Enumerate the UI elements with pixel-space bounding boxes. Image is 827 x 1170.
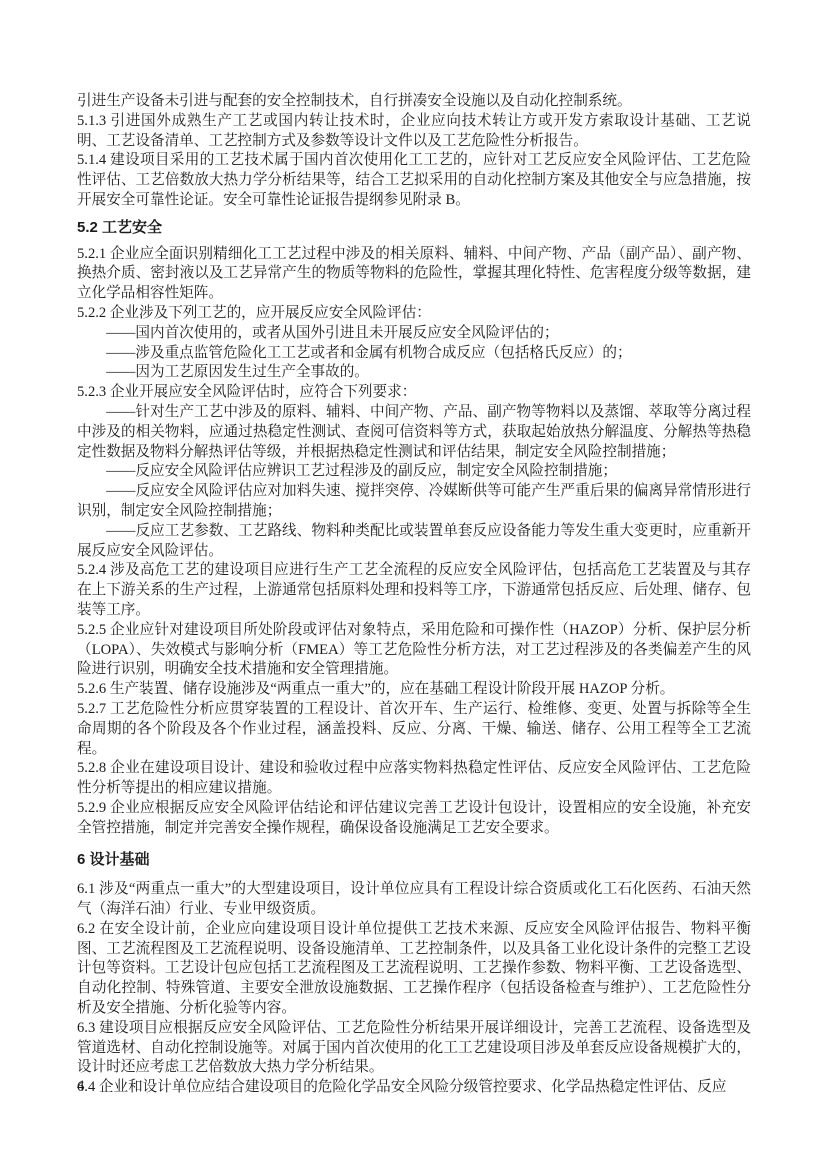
dash-list-item: ——涉及重点监管危险化工工艺或者和金属有机物合成反应（包括格氏反应）的； (77, 344, 751, 364)
clause-paragraph: 5.1.3 引进国外成熟生产工艺或国内转让技术时，企业应向技术转让方或开发方索取… (77, 112, 751, 152)
clause-paragraph: 6.2 在安全设计前，企业应向建设项目设计单位提供工艺技术来源、反应安全风险评估… (77, 920, 751, 1019)
clause-paragraph: 5.2.5 企业应针对建设项目所处阶段或评估对象特点，采用危险和可操作性（HAZ… (77, 621, 751, 680)
clause-paragraph: 5.2.7 工艺危险性分析应贯穿装置的工程设计、首次开车、生产运行、检维修、变更… (77, 700, 751, 759)
dash-list-item: ——因为工艺原因发生过生产全事故的。 (77, 363, 751, 383)
dash-list-item: ——针对生产工艺中涉及的原料、辅料、中间产物、产品、副产物等物料以及蒸馏、萃取等… (77, 403, 751, 462)
section-heading: 6 设计基础 (77, 850, 751, 870)
dash-list-item: ——国内首次使用的，或者从国外引进且未开展反应安全风险评估的； (77, 324, 751, 344)
document-page: 引进生产设备未引进与配套的安全控制技术，自行拼凑安全设施以及自动化控制系统。5.… (0, 0, 827, 1170)
clause-paragraph: 5.2.2 企业涉及下列工艺的，应开展反应安全风险评估： (77, 304, 751, 324)
clause-paragraph: 5.2.9 企业应根据反应安全风险评估结论和评估建议完善工艺设计包设计，设置相应… (77, 799, 751, 839)
dash-list-item: ——反应安全风险评估应对加料失速、搅拌突停、冷媒断供等可能产生严重后果的偏离异常… (77, 482, 751, 522)
clause-paragraph: 5.2.8 企业在建设项目设计、建设和验收过程中应落实物料热稳定性评估、反应安全… (77, 759, 751, 799)
clause-paragraph: 5.1.4 建设项目采用的工艺技术属于国内首次使用化工工艺的，应针对工艺反应安全… (77, 151, 751, 210)
clause-paragraph: 6.4 企业和设计单位应结合建设项目的危险化学品安全风险分级管控要求、化学品热稳… (77, 1078, 751, 1098)
clause-paragraph: 6.3 建设项目应根据反应安全风险评估、工艺危险性分析结果开展详细设计，完善工艺… (77, 1019, 751, 1078)
clause-paragraph: 5.2.4 涉及高危工艺的建设项目应进行生产工艺全流程的反应安全风险评估，包括高… (77, 561, 751, 620)
dash-list-item: ——反应安全风险评估应辨识工艺过程涉及的副反应，制定安全风险控制措施； (77, 462, 751, 482)
clause-paragraph: 5.2.1 企业应全面识别精细化工工艺过程中涉及的相关原料、辅料、中间产物、产品… (77, 245, 751, 304)
clause-paragraph: 6.1 涉及“两重点一重大”的大型建设项目，设计单位应具有工程设计综合资质或化工… (77, 880, 751, 920)
page-number: 4 (77, 1077, 84, 1097)
clause-paragraph: 5.2.3 企业开展应安全风险评估时，应符合下列要求： (77, 383, 751, 403)
section-heading: 5.2 工艺安全 (77, 218, 751, 238)
dash-list-item: ——反应工艺参数、工艺路线、物料种类配比或装置单套反应设备能力等发生重大变更时，… (77, 522, 751, 562)
clause-paragraph: 5.2.6 生产装置、储存设施涉及“两重点一重大”的，应在基础工程设计阶段开展 … (77, 680, 751, 700)
continuation-paragraph: 引进生产设备未引进与配套的安全控制技术，自行拼凑安全设施以及自动化控制系统。 (77, 92, 751, 112)
document-body: 引进生产设备未引进与配套的安全控制技术，自行拼凑安全设施以及自动化控制系统。5.… (77, 92, 751, 1098)
